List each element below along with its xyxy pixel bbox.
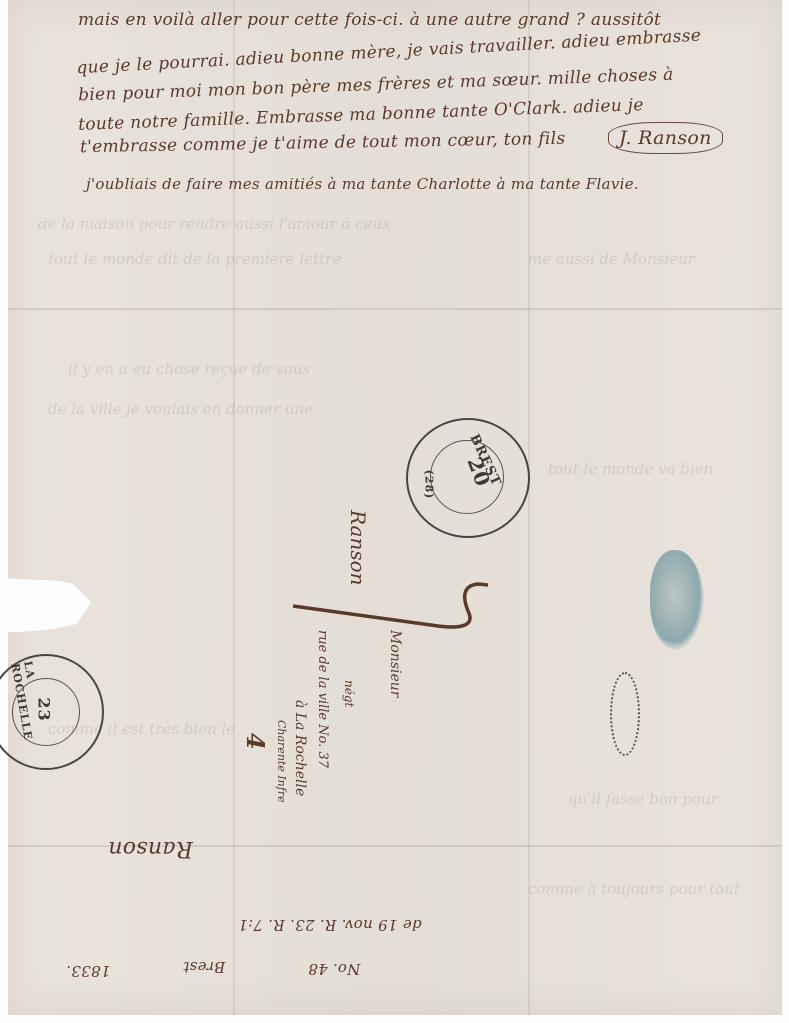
docket-year: 1833.: [66, 962, 110, 980]
address-monsieur: Monsieur: [387, 630, 403, 697]
docket-note: de 19 nov. R. 23. R. 7:1: [238, 916, 422, 934]
number-mark: 4: [241, 733, 270, 750]
fold-line: [528, 0, 530, 1015]
partial-postmark: [610, 672, 640, 756]
address-profession: négt: [342, 680, 356, 707]
docket-number: No. 48: [308, 960, 360, 978]
letter-line: t'embrasse comme je t'aime de tout mon c…: [80, 129, 566, 157]
letter-line: mais en voilà aller pour cette fois-ci. …: [78, 10, 661, 30]
letter-sheet: de la maison pour rendre aussi l'amour à…: [8, 0, 782, 1015]
address-region: Charente Infre: [275, 720, 288, 803]
signature: J. Ranson: [608, 122, 723, 154]
postmark-brest: BREST 20 (28): [406, 418, 530, 538]
postmark-la-rochelle: LA ROCHELLE 23: [0, 654, 104, 770]
address-street: rue de la ville No. 37: [315, 630, 330, 768]
address-city: à La Rochelle: [292, 700, 308, 796]
fold-line: [8, 308, 782, 310]
docket-sender: Ranson: [108, 836, 193, 861]
address-name: Ranson: [346, 510, 370, 586]
docket-place: Brest: [183, 958, 225, 976]
postscript: j'oubliais de faire mes amitiés à ma tan…: [86, 175, 639, 193]
ink-stain: [650, 550, 704, 650]
paper-tear: [0, 578, 96, 632]
postage-mark: [288, 576, 488, 636]
